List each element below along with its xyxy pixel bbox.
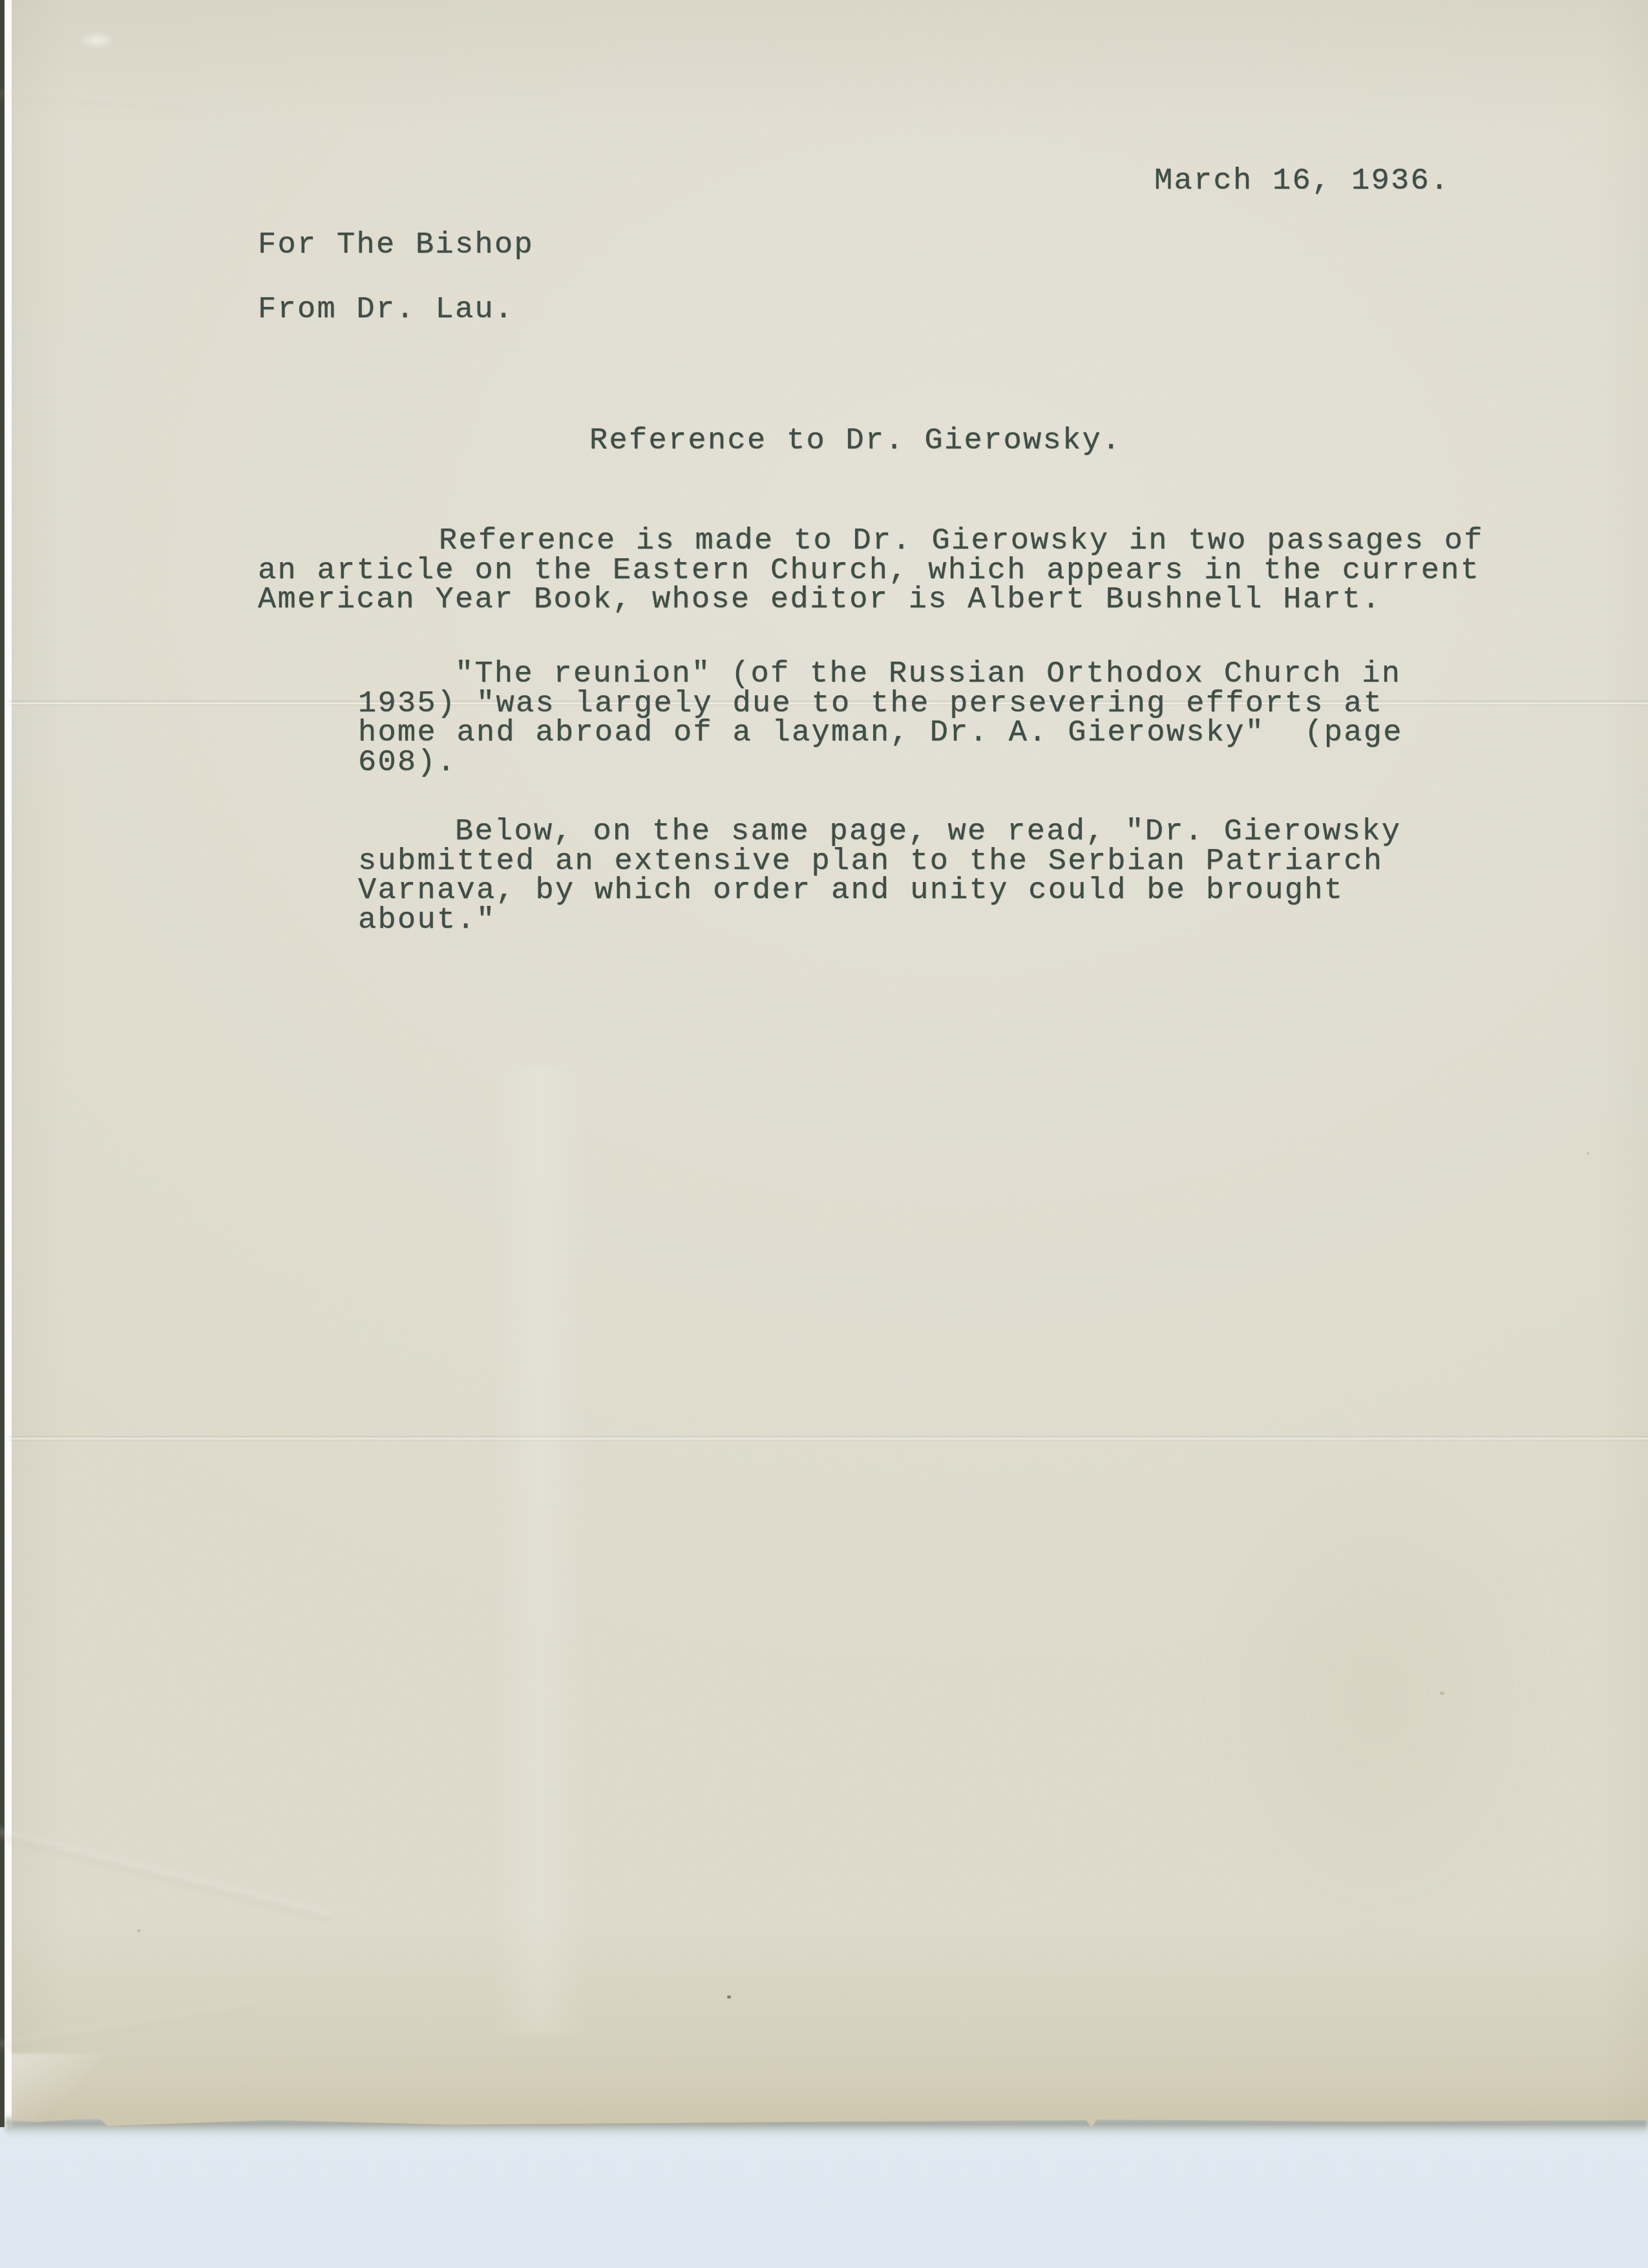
letter-quotation-1: "The reunion" (of the Russian Orthodox C… xyxy=(358,660,1403,777)
letter-sender-line: From Dr. Lau. xyxy=(258,295,514,325)
letter-paragraph-1: Reference is made to Dr. Gierowsky in tw… xyxy=(258,527,1484,615)
letter-recipient-line: For The Bishop xyxy=(258,231,534,260)
letter-quotation-2: Below, on the same page, we read, "Dr. G… xyxy=(358,817,1401,935)
scan-edge-dark-strip xyxy=(0,0,5,2127)
letter-date: March 16, 1936. xyxy=(1154,167,1450,196)
scan-edge-white-strip xyxy=(5,0,12,2127)
letter-subject-line: Reference to Dr. Gierowsky. xyxy=(589,426,1122,456)
paper-sheet xyxy=(0,0,1648,2130)
scanned-letter-page: { "document": { "date": "March 16, 1936.… xyxy=(0,0,1648,2268)
